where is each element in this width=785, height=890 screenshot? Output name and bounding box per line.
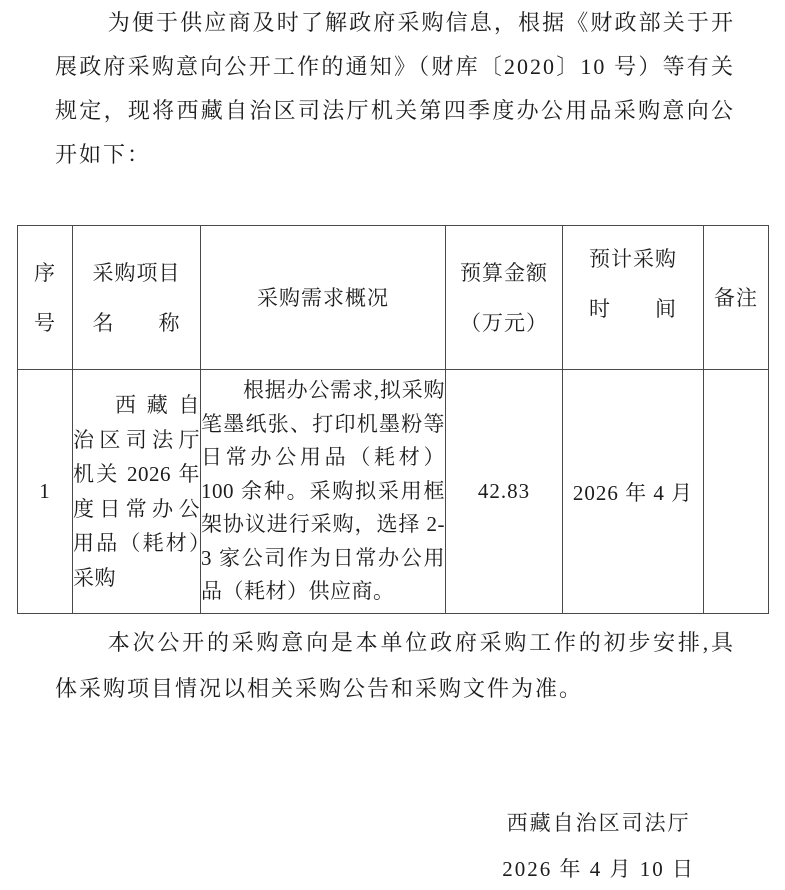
header-project-name: 采购项目名 称 [73,226,201,370]
signature-org: 西藏自治区司法厅 [502,800,695,846]
cell-budget: 42.83 [446,370,563,614]
header-seq: 序号 [18,226,73,370]
cell-project-name: 西藏自治区司法厅机关 2026 年度日常办公用品（耗材）采购 [73,370,201,614]
header-expected-time-label: 预计采购时 间 [563,212,703,355]
header-demand-overview: 采购需求概况 [201,226,446,370]
header-remark-label: 备注 [704,226,768,369]
header-project-name-label: 采购项目名 称 [73,226,200,369]
project-name-text: 西藏自治区司法厅机关 2026 年度日常办公用品（耗材）采购 [73,388,200,595]
cell-seq: 1 [18,370,73,614]
procurement-notice-page: 为便于供应商及时了解政府采购信息，根据《财政部关于开展政府采购意向公开工作的通知… [0,0,785,890]
header-expected-time: 预计采购时 间 [563,226,704,370]
cell-demand-overview: 根据办公需求,拟采购笔墨纸张、打印机墨粉等日常办公用品（耗材）100 余种。采购… [201,370,446,614]
signature-date: 2026 年 4 月 10 日 [502,846,695,890]
closing-paragraph: 本次公开的采购意向是本单位政府采购工作的初步安排,具体采购项目情况以相关采购公告… [55,620,735,712]
table-header-row: 序号 采购项目名 称 采购需求概况 预算金额（万元） 预计采购时 间 备注 [18,226,769,370]
cell-expected-time: 2026 年 4 月 [563,370,704,614]
intro-paragraph: 为便于供应商及时了解政府采购信息，根据《财政部关于开展政府采购意向公开工作的通知… [55,0,735,177]
header-budget-label: 预算金额（万元） [446,226,562,369]
header-budget: 预算金额（万元） [446,226,563,370]
header-seq-label: 序号 [18,226,72,369]
demand-overview-text: 根据办公需求,拟采购笔墨纸张、打印机墨粉等日常办公用品（耗材）100 余种。采购… [201,374,445,609]
procurement-intent-table: 序号 采购项目名 称 采购需求概况 预算金额（万元） 预计采购时 间 备注 [17,225,769,614]
table-row: 1 西藏自治区司法厅机关 2026 年度日常办公用品（耗材）采购 根据办公需求,… [18,370,769,614]
cell-remark [704,370,769,614]
header-remark: 备注 [704,226,769,370]
signature-block: 西藏自治区司法厅 2026 年 4 月 10 日 [502,800,695,890]
header-demand-overview-label: 采购需求概况 [201,226,445,369]
